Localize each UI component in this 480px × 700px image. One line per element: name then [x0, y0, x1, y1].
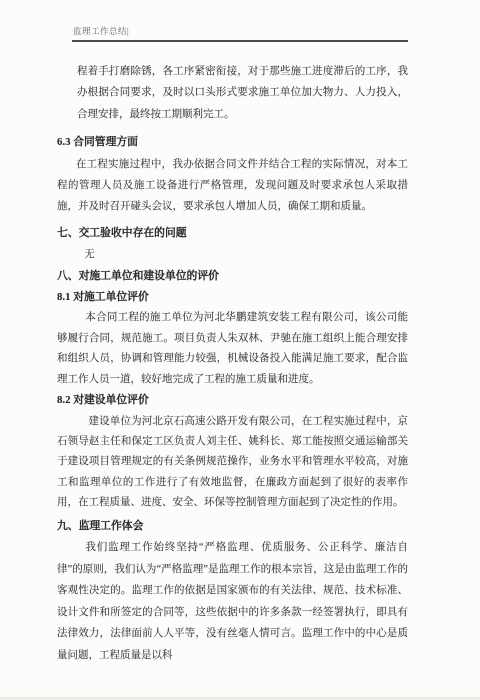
paragraph-contract-management: 在工程实施过程中，我办依据合同文件并结合工程的实际情况，对本工程的管理人员及施工… — [57, 154, 408, 218]
heading-8-1-contractor-evaluation: 8.1 对施工单位评价 — [57, 287, 408, 308]
paragraph-supervision-experience: 我们监理工作始终坚持“严格监理、优质服务、公正科学、廉洁自律”的原则，我们认为“… — [57, 537, 408, 667]
header-rule — [72, 40, 408, 42]
paragraph-none: 无 — [57, 244, 408, 265]
document-body: 程着手打磨除锈，各工序紧密衔接，对于那些施工进度滞后的工序，我办根据合同要求，及… — [57, 61, 408, 667]
paragraph-contractor-evaluation: 本合同工程的施工单位为河北华鹏建筑安装工程有限公司，该公司能够履行合同，规范施工… — [57, 308, 408, 390]
heading-9-supervision-experience: 九、监理工作体会 — [57, 516, 408, 537]
heading-7-handover-problems: 七、交工验收中存在的问题 — [57, 223, 408, 244]
paragraph-continuation: 程着手打磨除锈，各工序紧密衔接，对于那些施工进度滞后的工序，我办根据合同要求，及… — [77, 61, 408, 125]
heading-8-2-owner-evaluation: 8.2 对建设单位评价 — [57, 390, 408, 411]
page-header-title: 监理工作总结| — [73, 25, 129, 37]
heading-8-evaluation: 八、对施工单位和建设单位的评价 — [57, 266, 408, 287]
heading-6-3-contract-management: 6.3 合同管理方面 — [57, 132, 408, 153]
paragraph-owner-evaluation: 建设单位为河北京石高速公路开发有限公司，在工程实施过程中，京石领导赵主任和保定工… — [57, 412, 408, 514]
scanned-document-page: 监理工作总结| 程着手打磨除锈，各工序紧密衔接，对于那些施工进度滞后的工序，我办… — [0, 0, 480, 700]
